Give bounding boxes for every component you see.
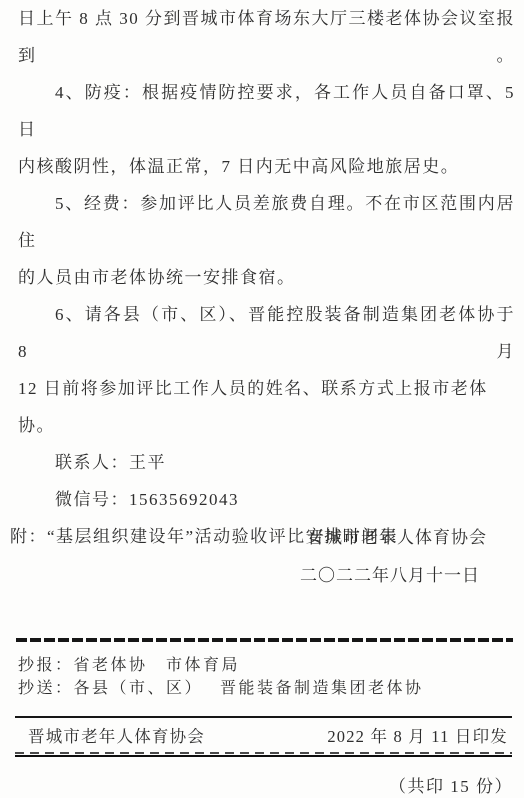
body-line-report-arrival: 日上午 8 点 30 分到晋城市体育场东大厅三楼老体协会议室报到。 — [18, 0, 515, 74]
body-line-item6-cont: 12 日前将参加评比工作人员的姓名、联系方式上报市老体协。 — [18, 370, 515, 444]
separator-thick-rule — [15, 752, 512, 757]
body-line-item6-report: 6、请各县（市、区）、晋能控股装备制造集团老体协于 8 月 — [18, 296, 515, 370]
signature-block: 晋城市老年人体育协会 二〇二二年八月十一日 — [0, 519, 524, 595]
copies-count: （共印 15 份） — [389, 777, 513, 797]
copy-report-line: 抄报：省老体协 市体育局 — [18, 656, 514, 676]
separator-thin-rule — [15, 716, 512, 718]
signature-org: 晋城市老年人体育协会 — [0, 519, 524, 557]
signature-date: 二〇二二年八月十一日 — [0, 557, 524, 595]
thick-rule-solid-part — [15, 755, 512, 757]
body-line-item4-epidemic: 4、防疫：根据疫情防控要求，各工作人员自备口罩、5 日 — [18, 74, 515, 148]
body-line-item4-cont: 内核酸阴性，体温正常，7 日内无中高风险地旅居史。 — [18, 148, 515, 185]
wechat-number-line: 微信号：15635692043 — [18, 481, 515, 518]
separator-dashed-rule — [16, 638, 513, 642]
contact-person-line: 联系人：王平 — [18, 444, 515, 481]
imprint-issuer: 晋城市老年人体育协会 — [28, 727, 205, 747]
document-body: 日上午 8 点 30 分到晋城市体育场东大厅三楼老体协会议室报到。 4、防疫：根… — [18, 0, 515, 555]
copy-send-line: 抄送：各县（市、区） 晋能装备制造集团老体协 — [18, 679, 514, 699]
imprint-print-date: 2022 年 8 月 11 日印发 — [327, 727, 508, 747]
body-line-item5-cont: 的人员由市老体协统一安排食宿。 — [18, 259, 515, 296]
imprint-row: 晋城市老年人体育协会 2022 年 8 月 11 日印发 — [28, 727, 508, 747]
document-page: 日上午 8 点 30 分到晋城市体育场东大厅三楼老体协会议室报到。 4、防疫：根… — [0, 0, 524, 798]
body-line-item5-expenses: 5、经费：参加评比人员差旅费自理。不在市区范围内居住 — [18, 185, 515, 259]
thick-rule-dash-part — [15, 752, 512, 754]
